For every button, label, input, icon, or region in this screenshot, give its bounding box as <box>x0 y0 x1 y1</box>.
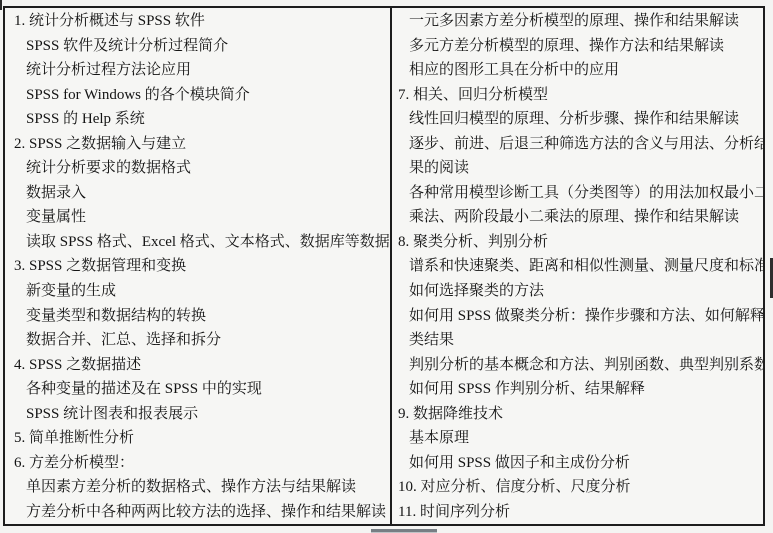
outline-line: 判别分析的基本概念和方法、判别函数、典型判别系数 <box>392 353 763 378</box>
outline-line: 各种变量的描述及在 SPSS 中的实现 <box>5 377 390 402</box>
outline-line: 果的阅读 <box>392 156 763 181</box>
outline-line: 7. 相关、回归分析模型 <box>392 83 763 108</box>
outline-line: 基本原理 <box>392 426 763 451</box>
outline-line: 9. 数据降维技术 <box>392 402 763 427</box>
outline-line: 8. 聚类分析、判别分析 <box>392 230 763 255</box>
outline-line: 变量类型和数据结构的转换 <box>5 304 390 329</box>
outline-line: 多元方差分析模型的原理、操作方法和结果解读 <box>392 34 763 59</box>
outline-line: SPSS 的 Help 系统 <box>5 107 390 132</box>
outline-line: 类结果 <box>392 328 763 353</box>
outline-line: 统计分析要求的数据格式 <box>5 156 390 181</box>
left-column: 1. 统计分析概述与 SPSS 软件SPSS 软件及统计分析过程简介统计分析过程… <box>5 8 390 524</box>
outline-line: 线性回归模型的原理、分析步骤、操作和结果解读 <box>392 107 763 132</box>
outline-line: 4. SPSS 之数据描述 <box>5 353 390 378</box>
cropped-border-tick <box>0 0 2 10</box>
outline-line: 6. 方差分析模型： <box>5 451 390 476</box>
outline-line: SPSS for Windows 的各个模块简介 <box>5 83 390 108</box>
outline-line: 如何用 SPSS 做聚类分析：操作步骤和方法、如何解释聚 <box>392 304 763 329</box>
outline-line: 数据合并、汇总、选择和拆分 <box>5 328 390 353</box>
outline-line: 方差分析中各种两两比较方法的选择、操作和结果解读 <box>5 500 390 524</box>
outline-line: SPSS 软件及统计分析过程简介 <box>5 34 390 59</box>
outline-line: 新变量的生成 <box>5 279 390 304</box>
outline-line: SPSS 统计图表和报表展示 <box>5 402 390 427</box>
outline-line: 单因素方差分析的数据格式、操作方法与结果解读 <box>5 475 390 500</box>
outline-line: 数据录入 <box>5 181 390 206</box>
outline-line: 谱系和快速聚类、距离和相似性测量、测量尺度和标准化 <box>392 254 763 279</box>
outline-line: 如何用 SPSS 做因子和主成份分析 <box>392 451 763 476</box>
outline-line: 相应的图形工具在分析中的应用 <box>392 58 763 83</box>
outline-line: 10. 对应分析、信度分析、尺度分析 <box>392 475 763 500</box>
outline-line: 读取 SPSS 格式、Excel 格式、文本格式、数据库等数据 <box>5 230 390 255</box>
outline-line: 5. 简单推断性分析 <box>5 426 390 451</box>
course-outline-table: 1. 统计分析概述与 SPSS 软件SPSS 软件及统计分析过程简介统计分析过程… <box>3 6 765 526</box>
horizontal-scrollbar-thumb-fragment[interactable] <box>371 529 437 533</box>
outline-line: 统计分析过程方法论应用 <box>5 58 390 83</box>
outline-line: 各种常用模型诊断工具（分类图等）的用法加权最小二 <box>392 181 763 206</box>
right-column: 一元多因素方差分析模型的原理、操作和结果解读多元方差分析模型的原理、操作方法和结… <box>390 8 763 524</box>
outline-line: 乘法、两阶段最小二乘法的原理、操作和结果解读 <box>392 205 763 230</box>
outline-line: 1. 统计分析概述与 SPSS 软件 <box>5 9 390 34</box>
outline-line: 11. 时间序列分析 <box>392 500 763 524</box>
outline-line: 如何选择聚类的方法 <box>392 279 763 304</box>
outline-line: 3. SPSS 之数据管理和变换 <box>5 254 390 279</box>
outline-line: 2. SPSS 之数据输入与建立 <box>5 132 390 157</box>
outline-line: 一元多因素方差分析模型的原理、操作和结果解读 <box>392 9 763 34</box>
outline-line: 变量属性 <box>5 205 390 230</box>
outline-line: 逐步、前进、后退三种筛选方法的含义与用法、分析结 <box>392 132 763 157</box>
outline-line: 如何用 SPSS 作判别分析、结果解释 <box>392 377 763 402</box>
